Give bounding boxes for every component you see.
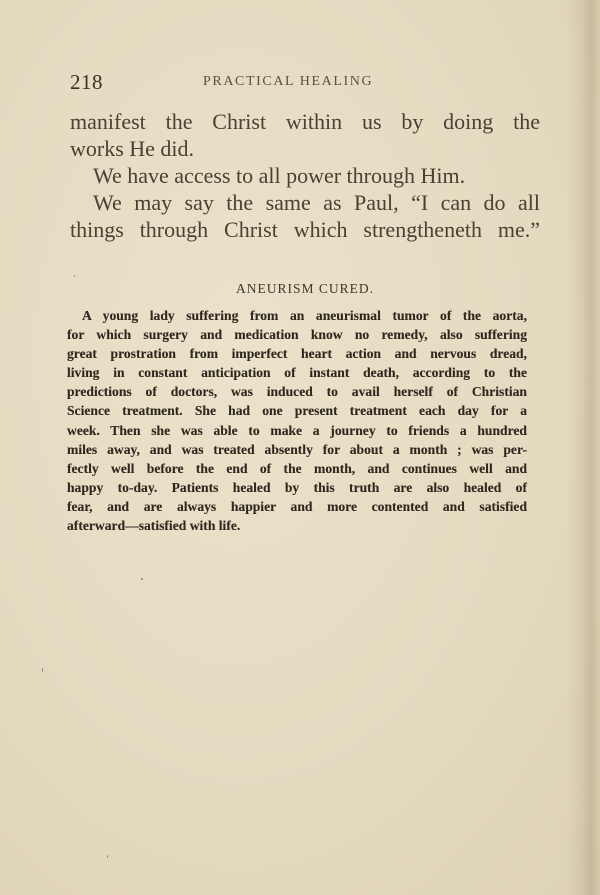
body-line: Science treatment. She had one present t… (67, 401, 527, 420)
section-body: A young lady suffering from an aneurisma… (67, 306, 527, 535)
page-number: 218 (70, 70, 103, 95)
speck (107, 855, 108, 858)
body-line: afterward—satisfied with life. (67, 516, 527, 535)
body-line: living in constant anticipation of insta… (67, 363, 527, 382)
body-line: fectly well before the end of the month,… (67, 459, 527, 478)
intro-line: We may say the same as Paul, “I can do a… (70, 189, 540, 216)
body-line: A young lady suffering from an aneurisma… (67, 306, 527, 325)
intro-text: manifest the Christ within us by doing t… (70, 108, 540, 243)
body-line: predictions of doctors, was induced to a… (67, 382, 527, 401)
book-page: 218 PRACTICAL HEALING manifest the Chris… (0, 0, 600, 895)
speck (141, 578, 143, 580)
running-head: 218 PRACTICAL HEALING (70, 70, 540, 94)
body-line: miles away, and was treated absently for… (67, 440, 527, 459)
intro-line: works He did. (70, 135, 540, 162)
body-line: week. Then she was able to make a journe… (67, 421, 527, 440)
speck (42, 668, 43, 672)
body-line: fear, and are always happier and more co… (67, 497, 527, 516)
speck (74, 275, 75, 277)
running-title: PRACTICAL HEALING (203, 74, 373, 90)
intro-line: manifest the Christ within us by doing t… (70, 108, 540, 135)
body-line: great prostration from imperfect heart a… (67, 344, 527, 363)
body-line: happy to-day. Patients healed by this tr… (67, 478, 527, 497)
intro-line: We have access to all power through Him. (70, 162, 540, 189)
intro-line: things through Christ which strengthenet… (70, 216, 540, 243)
section-heading: ANEURISM CURED. (70, 281, 540, 297)
page-edge-shadow (566, 0, 600, 895)
body-line: for which surgery and medication know no… (67, 325, 527, 344)
